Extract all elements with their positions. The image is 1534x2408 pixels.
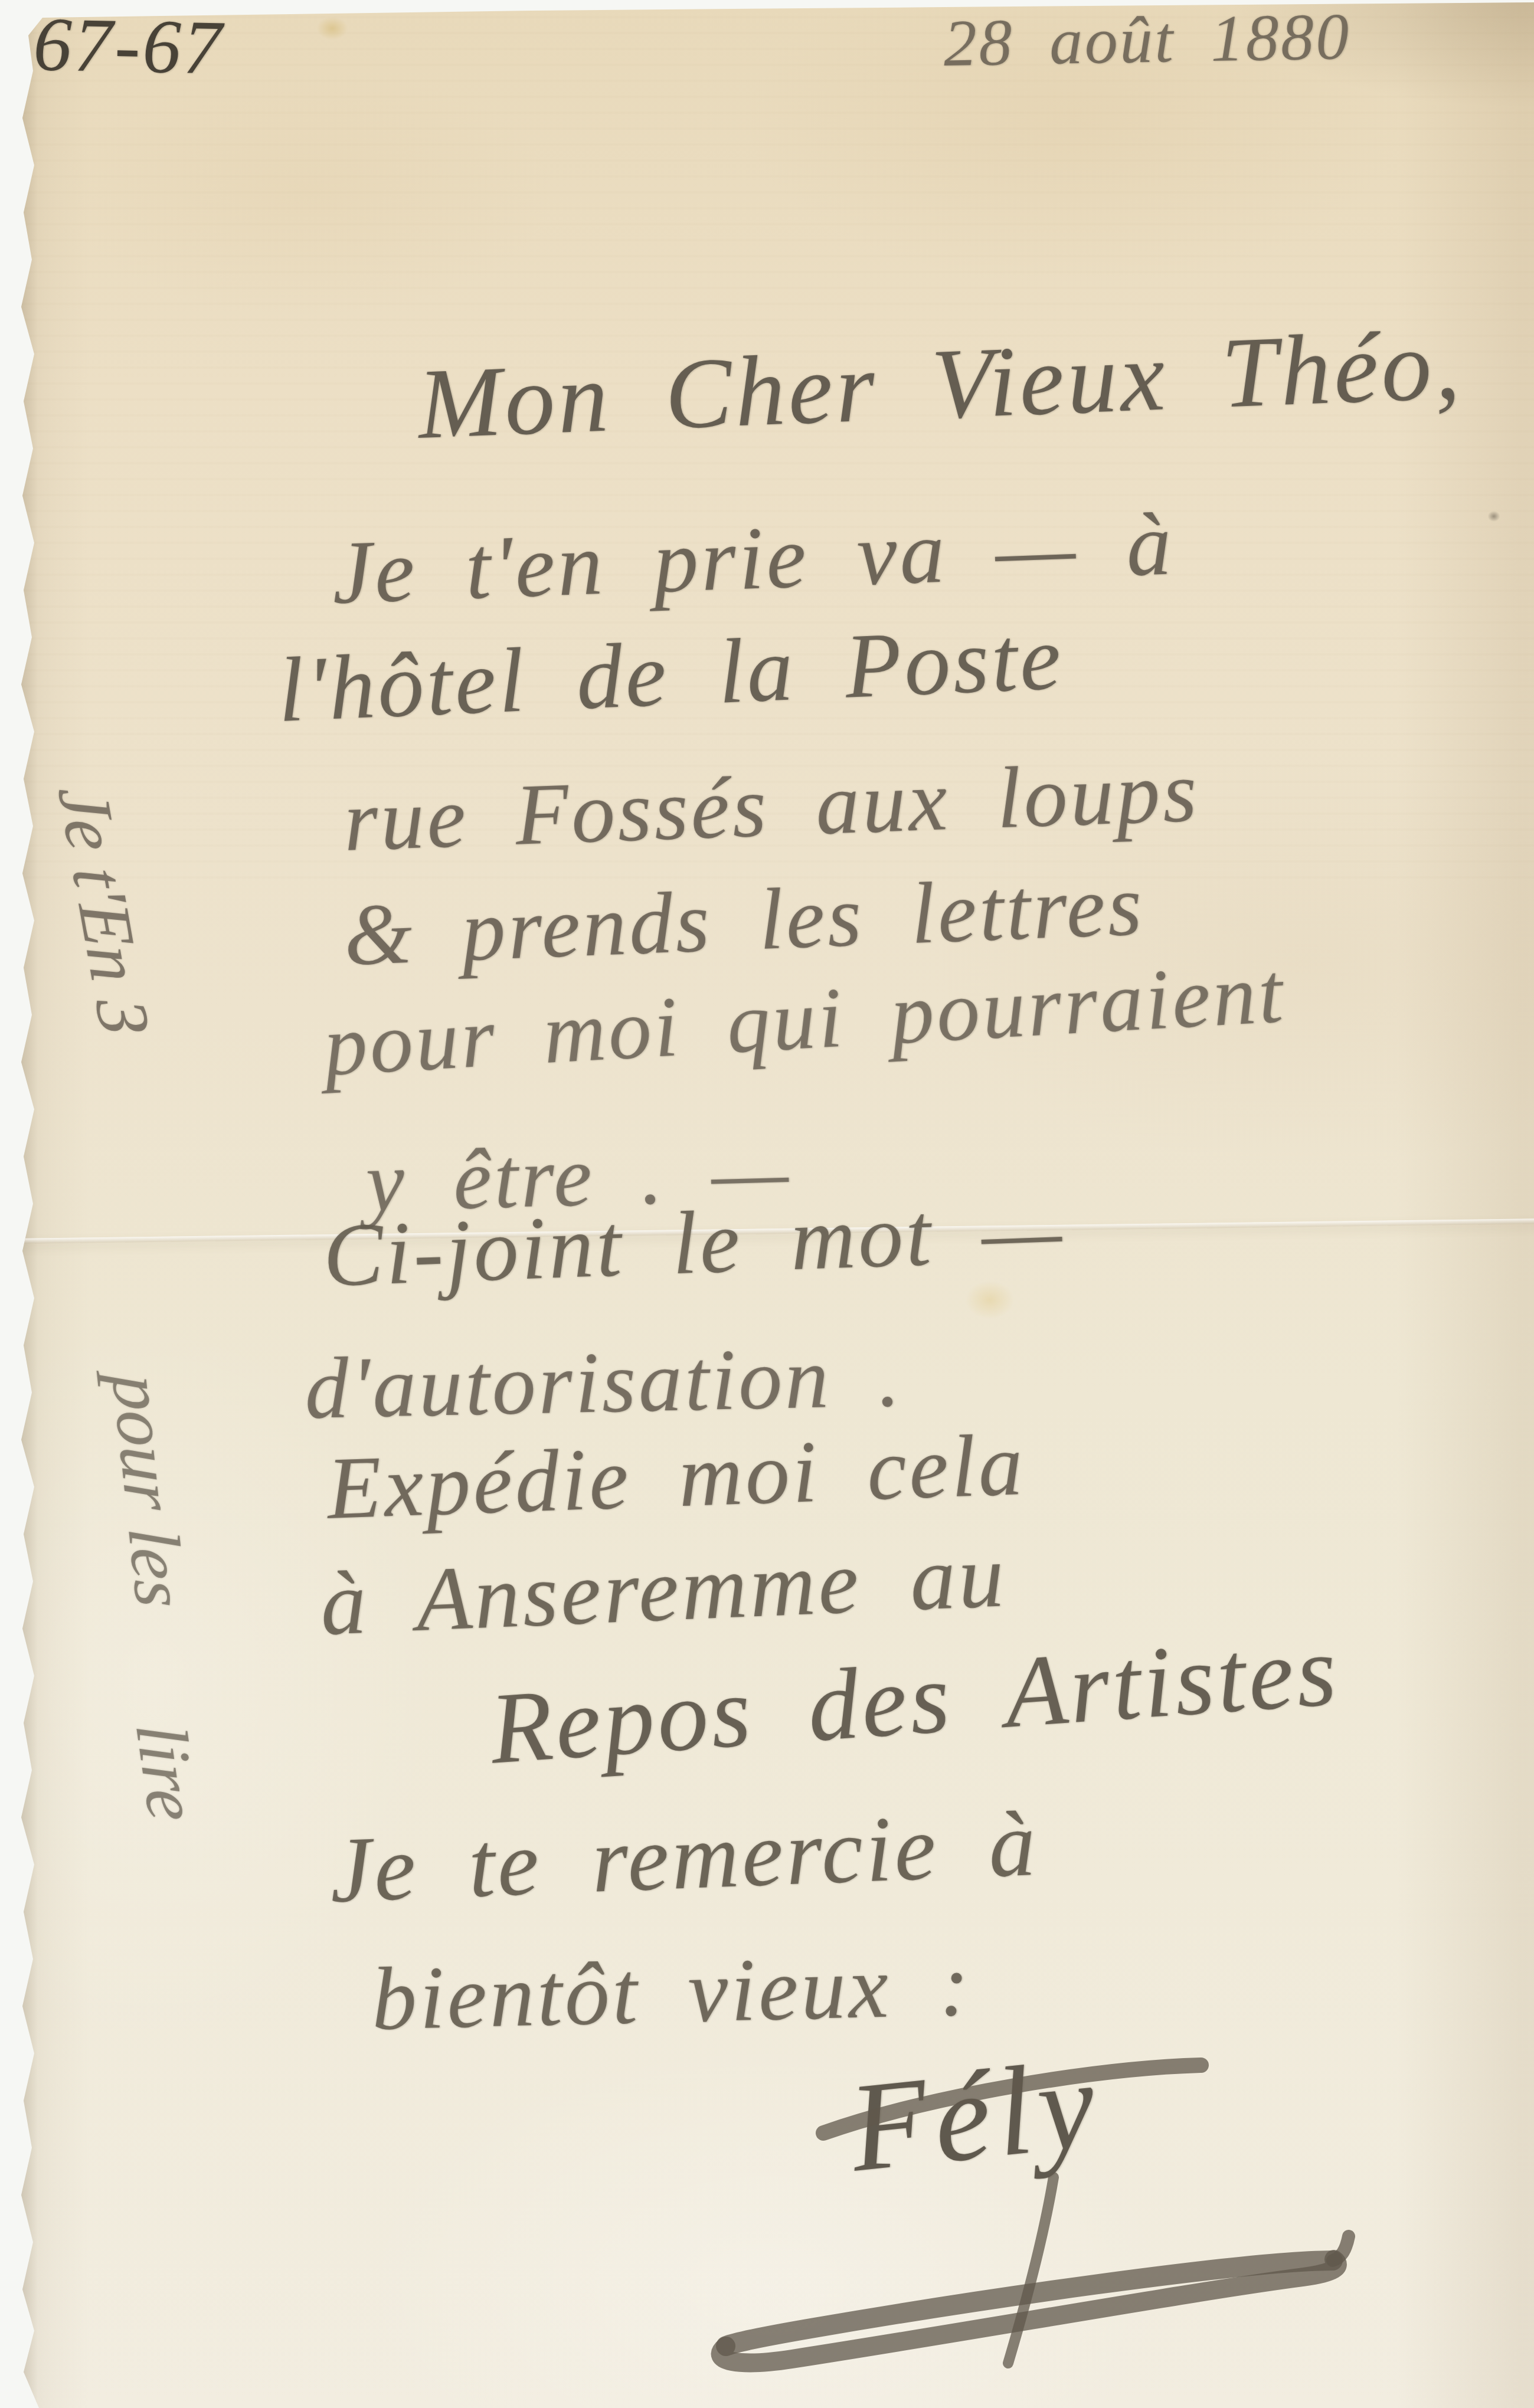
scanned-letter-page: 67-67 28 août 1880 Mon Cher Vieux Théo, … bbox=[0, 0, 1534, 2408]
body-line: Repos des Artistes bbox=[487, 1620, 1342, 1780]
age-speck bbox=[1485, 509, 1503, 524]
body-line: rue Fossés aux loups bbox=[342, 748, 1201, 865]
margin-note: Je t'En 3 bbox=[46, 785, 162, 1037]
archival-number: 67-67 bbox=[32, 6, 224, 87]
margin-note: lire bbox=[123, 1723, 210, 1822]
body-line: Je t'en prie va — à bbox=[331, 499, 1175, 618]
letter-paper: 67-67 28 août 1880 Mon Cher Vieux Théo, … bbox=[0, 0, 1534, 2408]
closing-line: Je te remercie à bbox=[328, 1797, 1040, 1918]
closing-line: bientôt vieux : bbox=[371, 1939, 973, 2044]
date-line: 28 août 1880 bbox=[943, 4, 1352, 77]
signature: Fély bbox=[844, 2039, 1107, 2191]
body-line: Ci-joint le mot — bbox=[322, 1185, 1065, 1300]
salutation: Mon Cher Vieux Théo, bbox=[416, 314, 1464, 454]
body-line: l'hôtel de la Poste bbox=[276, 611, 1065, 736]
torn-edge-shading bbox=[21, 0, 38, 2408]
body-line: Expédie moi cela bbox=[326, 1420, 1026, 1533]
margin-note: pour les bbox=[100, 1375, 197, 1607]
body-line: d'autorisation . bbox=[304, 1333, 904, 1433]
age-spot bbox=[312, 13, 353, 44]
body-line: à Anseremme au bbox=[319, 1530, 1008, 1650]
